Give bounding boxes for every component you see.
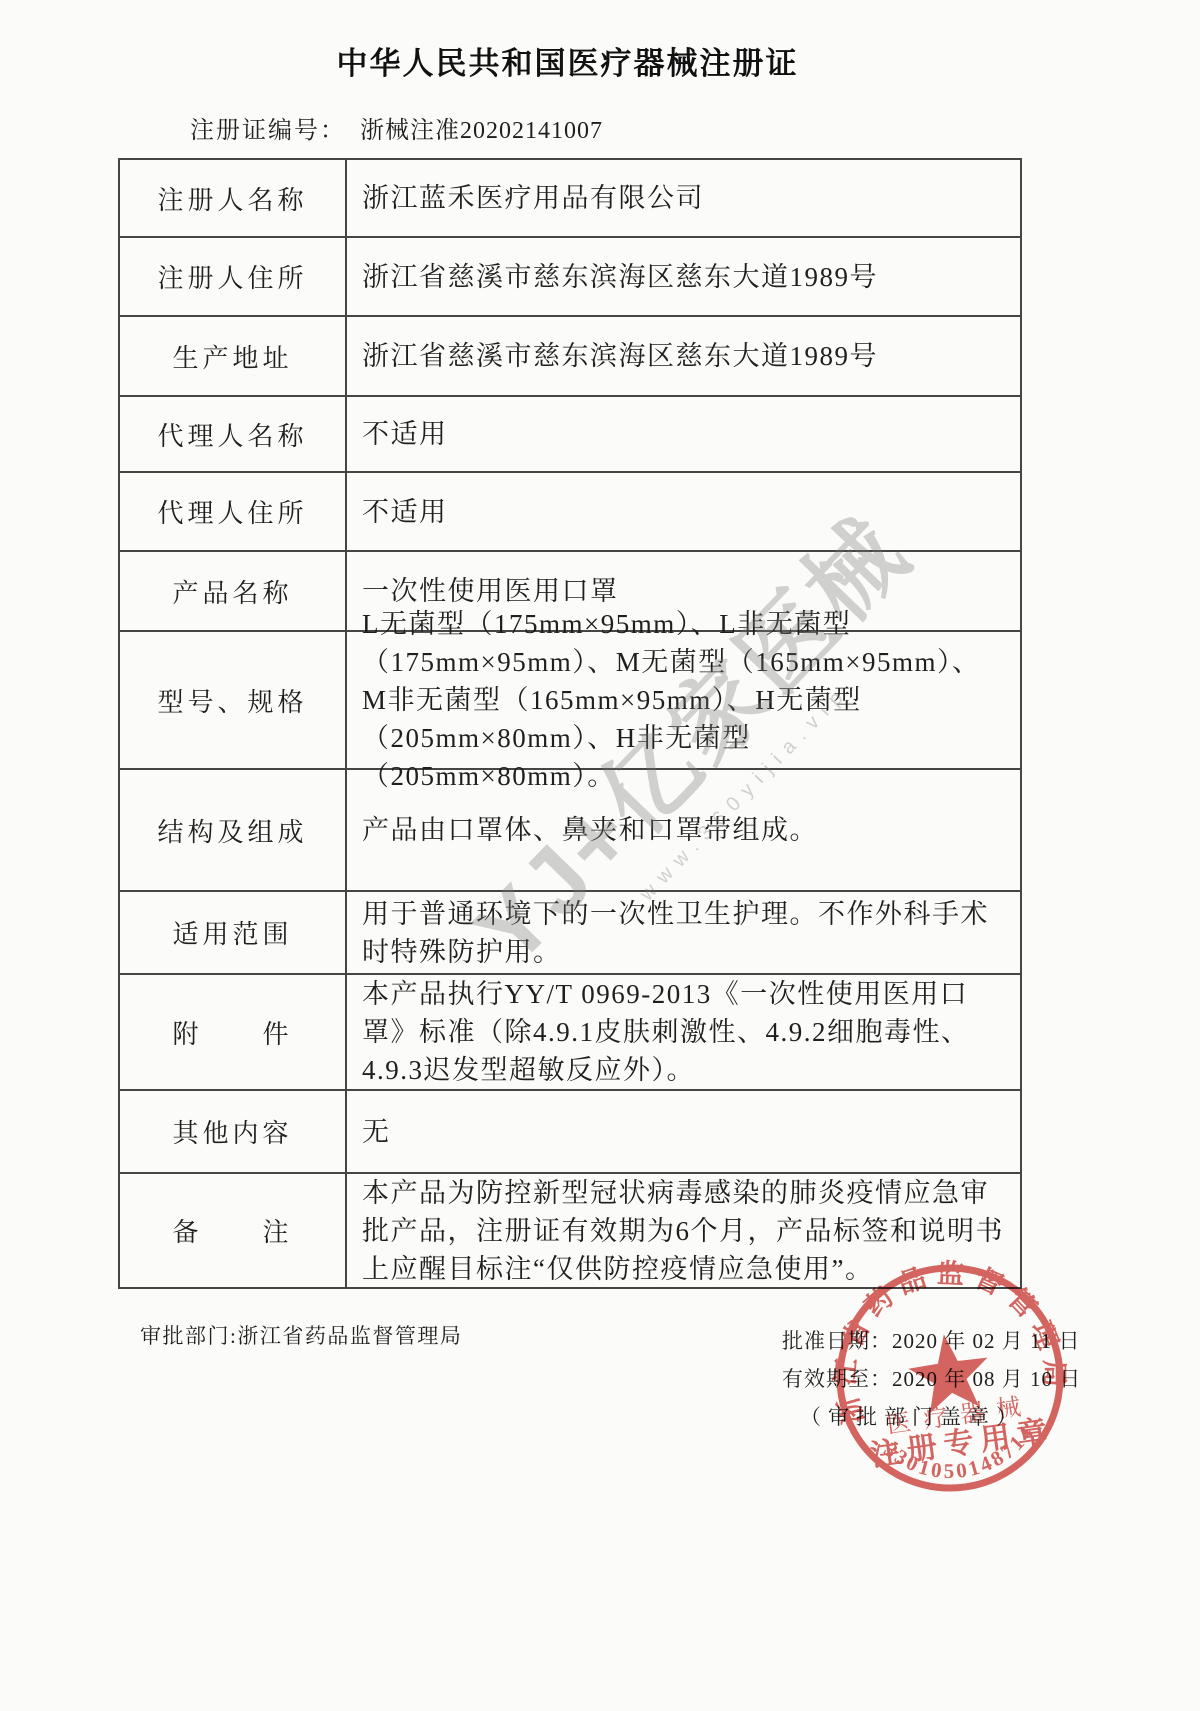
row-label: 注册人住所 xyxy=(120,238,347,315)
row-label: 附 件 xyxy=(120,975,347,1089)
approval-department: 审批部门:浙江省药品监督管理局 xyxy=(140,1320,462,1350)
table-row-attachment: 附 件 本产品执行YY/T 0969-2013《一次性使用医用口罩》标准（除4.… xyxy=(120,975,1020,1091)
row-value: 不适用 xyxy=(347,397,1020,471)
row-value: 浙江蓝禾医疗用品有限公司 xyxy=(347,160,1020,236)
table-row-production-address: 生产地址 浙江省慈溪市慈东滨海区慈东大道1989号 xyxy=(120,317,1020,397)
table-row-remarks: 备 注 本产品为防控新型冠状病毒感染的肺炎疫情应急审批产品，注册证有效期为6个月… xyxy=(120,1174,1020,1287)
row-value: 本产品执行YY/T 0969-2013《一次性使用医用口罩》标准（除4.9.1皮… xyxy=(347,975,1020,1089)
row-value: 浙江省慈溪市慈东滨海区慈东大道1989号 xyxy=(347,317,1020,395)
table-row-intended-use: 适用范围 用于普通环境下的一次性卫生护理。不作外科手术时特殊防护用。 xyxy=(120,892,1020,975)
approval-date: 批准日期：2020 年 02 月 11 日 xyxy=(782,1322,1081,1360)
table-row-structure: 结构及组成 产品由口罩体、鼻夹和口罩带组成。 xyxy=(120,770,1020,892)
row-label: 备 注 xyxy=(120,1174,347,1287)
valid-until: 有效期至：2020 年 08 月 10 日 xyxy=(782,1360,1081,1398)
table-row-registrant-name: 注册人名称 浙江蓝禾医疗用品有限公司 xyxy=(120,160,1020,238)
certificate-page: 中华人民共和国医疗器械注册证 注册证编号：浙械注准20202141007 注册人… xyxy=(0,0,1200,1711)
cert-number-line: 注册证编号：浙械注准20202141007 xyxy=(190,110,603,145)
table-row-registrant-address: 注册人住所 浙江省慈溪市慈东滨海区慈东大道1989号 xyxy=(120,238,1020,317)
table-row-other-content: 其他内容 无 xyxy=(120,1091,1020,1174)
row-label: 代理人住所 xyxy=(120,473,347,550)
registration-table: 注册人名称 浙江蓝禾医疗用品有限公司 注册人住所 浙江省慈溪市慈东滨海区慈东大道… xyxy=(118,158,1022,1289)
table-row-agent-address: 代理人住所 不适用 xyxy=(120,473,1020,552)
table-row-agent-name: 代理人名称 不适用 xyxy=(120,397,1020,473)
page-title: 中华人民共和国医疗器械注册证 xyxy=(0,38,1135,83)
row-label: 型号、规格 xyxy=(120,632,347,768)
row-value: 不适用 xyxy=(347,473,1020,550)
row-label: 产品名称 xyxy=(120,552,347,630)
row-value: 无 xyxy=(347,1091,1020,1172)
row-label: 适用范围 xyxy=(120,892,347,973)
row-label: 代理人名称 xyxy=(120,397,347,471)
row-label: 注册人名称 xyxy=(120,160,347,236)
row-label: 其他内容 xyxy=(120,1091,347,1172)
seal-note: （审批部门盖章） xyxy=(782,1398,1081,1436)
row-value: 用于普通环境下的一次性卫生护理。不作外科手术时特殊防护用。 xyxy=(347,892,1020,973)
row-value: 浙江省慈溪市慈东滨海区慈东大道1989号 xyxy=(347,238,1020,315)
footer-dates: 批准日期：2020 年 02 月 11 日 有效期至：2020 年 08 月 1… xyxy=(782,1322,1081,1436)
row-value: 本产品为防控新型冠状病毒感染的肺炎疫情应急审批产品，注册证有效期为6个月，产品标… xyxy=(347,1174,1020,1287)
table-row-model-spec: 型号、规格 L无菌型（175mm×95mm）、L非无菌型（175mm×95mm）… xyxy=(120,632,1020,770)
row-value: L无菌型（175mm×95mm）、L非无菌型（175mm×95mm）、M无菌型（… xyxy=(347,632,1020,768)
row-label: 生产地址 xyxy=(120,317,347,395)
row-label: 结构及组成 xyxy=(120,770,347,890)
row-value: 产品由口罩体、鼻夹和口罩带组成。 xyxy=(347,770,1020,890)
cert-number-value: 浙械注准20202141007 xyxy=(360,118,603,144)
cert-number-label: 注册证编号： xyxy=(190,118,346,144)
